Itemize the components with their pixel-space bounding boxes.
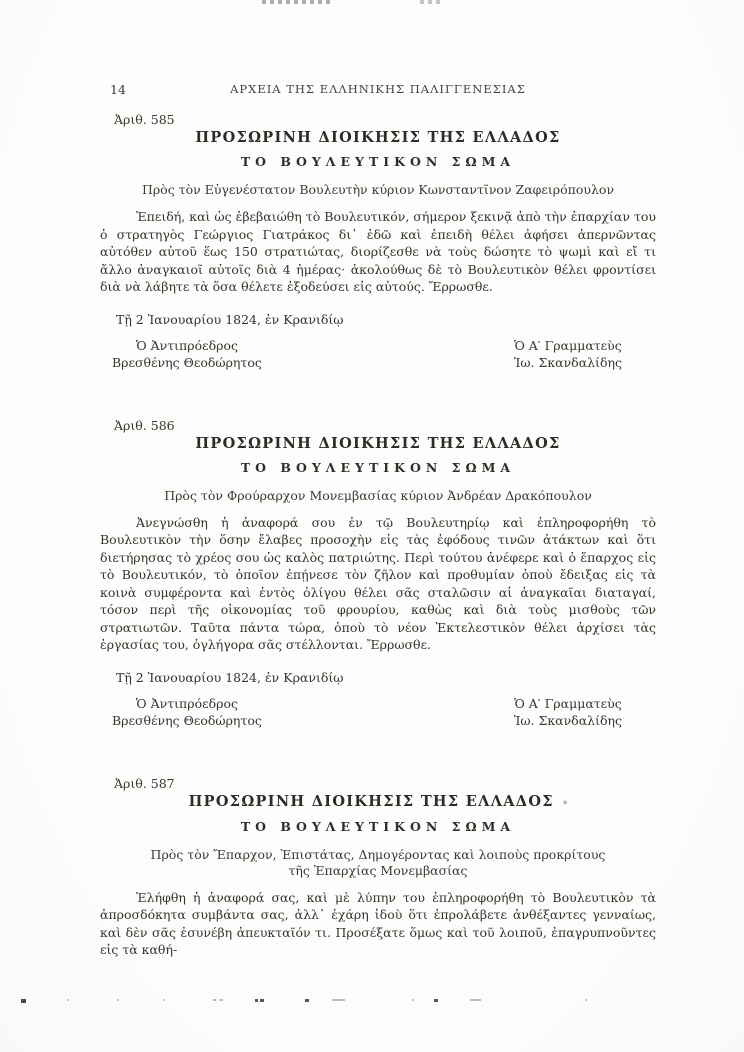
address-line-2: τῆς Ἐπαρχίας Μονεμβασίας	[100, 863, 656, 879]
signature-right: Ὁ Α′ Γραμματεὺς Ἰω. Σκανδαλίδης	[514, 338, 622, 371]
signature-role: Ὁ Α′ Γραμματεὺς	[514, 338, 622, 354]
scanned-book-page: 14 ΑΡΧΕΙΑ ΤΗΣ ΕΛΛΗΝΙΚΗΣ ΠΑΛΙΓΓΕΝΕΣΙΑΣ Ἀρ…	[0, 0, 744, 1052]
scan-speck	[260, 999, 264, 1002]
scan-speck	[585, 999, 587, 1001]
scan-speck	[305, 999, 309, 1002]
document-body-paragraph: Ἀνεγνώσθη ἡ ἀναφορά σου ἐν τῷ Βουλευτηρί…	[100, 514, 656, 654]
document-title-text: ΠΡΟΣΩΡΙΝΗ ΔΙΟΙΚΗΣΙΣ ΤΗΣ ΕΛΛΑΔΟΣ	[189, 793, 554, 810]
document-address: Πρὸς τὸν Εὐγενέστατον Βουλευτὴν κύριον Κ…	[100, 182, 656, 198]
document-address: Πρὸς τὸν Φρούραρχον Μονεμβασίας κύριον Ἀ…	[100, 488, 656, 504]
signature-block: Ὁ Ἀντιπρόεδρος Βρεσθένης Θεοδώρητος Ὁ Α′…	[100, 696, 656, 729]
scan-speck	[213, 999, 216, 1001]
signature-left: Ὁ Ἀντιπρόεδρος Βρεσθένης Θεοδώρητος	[112, 696, 262, 729]
document-body-paragraph: Ἐλήφθη ἡ ἀναφορά σας, καὶ μὲ λύπην του ἐ…	[100, 889, 656, 959]
stray-print-mark: ⁎	[563, 797, 568, 807]
address-line-1: Πρὸς τὸν Ἔπαρχον, Ἐπιστάτας, Δημογέροντα…	[100, 847, 656, 863]
scan-speck	[332, 999, 345, 1001]
signature-left: Ὁ Ἀντιπρόεδρος Βρεσθένης Θεοδώρητος	[112, 338, 262, 371]
document-dateline: Τῇ 2 Ἰανουαρίου 1824, ἐν Κρανιδίῳ	[100, 311, 656, 328]
scan-speck	[219, 999, 223, 1001]
signature-name: Ἰω. Σκανδαλίδης	[514, 355, 622, 371]
signature-role: Ὁ Α′ Γραμματεὺς	[514, 696, 622, 712]
page-header: 14 ΑΡΧΕΙΑ ΤΗΣ ΕΛΛΗΝΙΚΗΣ ΠΑΛΙΓΓΕΝΕΣΙΑΣ	[100, 82, 656, 98]
document-title: ΠΡΟΣΩΡΙΝΗ ΔΙΟΙΚΗΣΙΣ ΤΗΣ ΕΛΛΑΔΟΣ	[100, 128, 656, 147]
running-header: ΑΡΧΕΙΑ ΤΗΣ ΕΛΛΗΝΙΚΗΣ ΠΑΛΙΓΓΕΝΕΣΙΑΣ	[100, 82, 656, 96]
signature-name: Βρεσθένης Θεοδώρητος	[112, 355, 262, 371]
document-title: ΠΡΟΣΩΡΙΝΗ ΔΙΟΙΚΗΣΙΣ ΤΗΣ ΕΛΛΑΔΟΣ⁎	[100, 792, 656, 812]
page-number: 14	[110, 82, 126, 97]
document-subtitle: ΤΟ ΒΟΥΛΕΥΤΙΚΟΝ ΣΩΜΑ	[100, 154, 656, 170]
document-dateline: Τῇ 2 Ἰανουαρίου 1824, ἐν Κρανιδίῳ	[100, 669, 656, 686]
document-subtitle: ΤΟ ΒΟΥΛΕΥΤΙΚΟΝ ΣΩΜΑ	[100, 460, 656, 476]
scan-speck	[434, 999, 438, 1002]
page-content: 14 ΑΡΧΕΙΑ ΤΗΣ ΕΛΛΗΝΙΚΗΣ ΠΑΛΙΓΓΕΝΕΣΙΑΣ Ἀρ…	[100, 0, 656, 959]
scan-speck	[163, 999, 165, 1001]
document-address: Πρὸς τὸν Ἔπαρχον, Ἐπιστάτας, Δημογέροντα…	[100, 847, 656, 879]
signature-name: Ἰω. Σκανδαλίδης	[514, 713, 622, 729]
scan-speck	[21, 999, 26, 1003]
document-number-label: Ἀριθ. 586	[100, 417, 656, 434]
document-title: ΠΡΟΣΩΡΙΝΗ ΔΙΟΙΚΗΣΙΣ ΤΗΣ ΕΛΛΑΔΟΣ	[100, 434, 656, 453]
signature-name: Βρεσθένης Θεοδώρητος	[112, 713, 262, 729]
document-number-label: Ἀριθ. 587	[100, 775, 656, 792]
document-body-paragraph: Ἐπειδή, καὶ ὡς ἐβεβαιώθη τὸ Βουλευτικόν,…	[100, 208, 656, 296]
signature-right: Ὁ Α′ Γραμματεὺς Ἰω. Σκανδαλίδης	[514, 696, 622, 729]
scan-speck	[117, 999, 119, 1001]
signature-role: Ὁ Ἀντιπρόεδρος	[112, 696, 262, 712]
signature-block: Ὁ Ἀντιπρόεδρος Βρεσθένης Θεοδώρητος Ὁ Α′…	[100, 338, 656, 371]
signature-role: Ὁ Ἀντιπρόεδρος	[112, 338, 262, 354]
scan-speck	[412, 999, 414, 1001]
document-586: Ἀριθ. 586 ΠΡΟΣΩΡΙΝΗ ΔΙΟΙΚΗΣΙΣ ΤΗΣ ΕΛΛΑΔΟ…	[100, 417, 656, 729]
scan-speck	[255, 999, 258, 1002]
scan-speck	[67, 999, 69, 1001]
scan-speck	[470, 999, 481, 1001]
document-587: Ἀριθ. 587 ΠΡΟΣΩΡΙΝΗ ΔΙΟΙΚΗΣΙΣ ΤΗΣ ΕΛΛΑΔΟ…	[100, 775, 656, 959]
document-585: Ἀριθ. 585 ΠΡΟΣΩΡΙΝΗ ΔΙΟΙΚΗΣΙΣ ΤΗΣ ΕΛΛΑΔΟ…	[100, 111, 656, 371]
document-number-label: Ἀριθ. 585	[100, 111, 656, 128]
document-subtitle: ΤΟ ΒΟΥΛΕΥΤΙΚΟΝ ΣΩΜΑ	[100, 819, 656, 835]
